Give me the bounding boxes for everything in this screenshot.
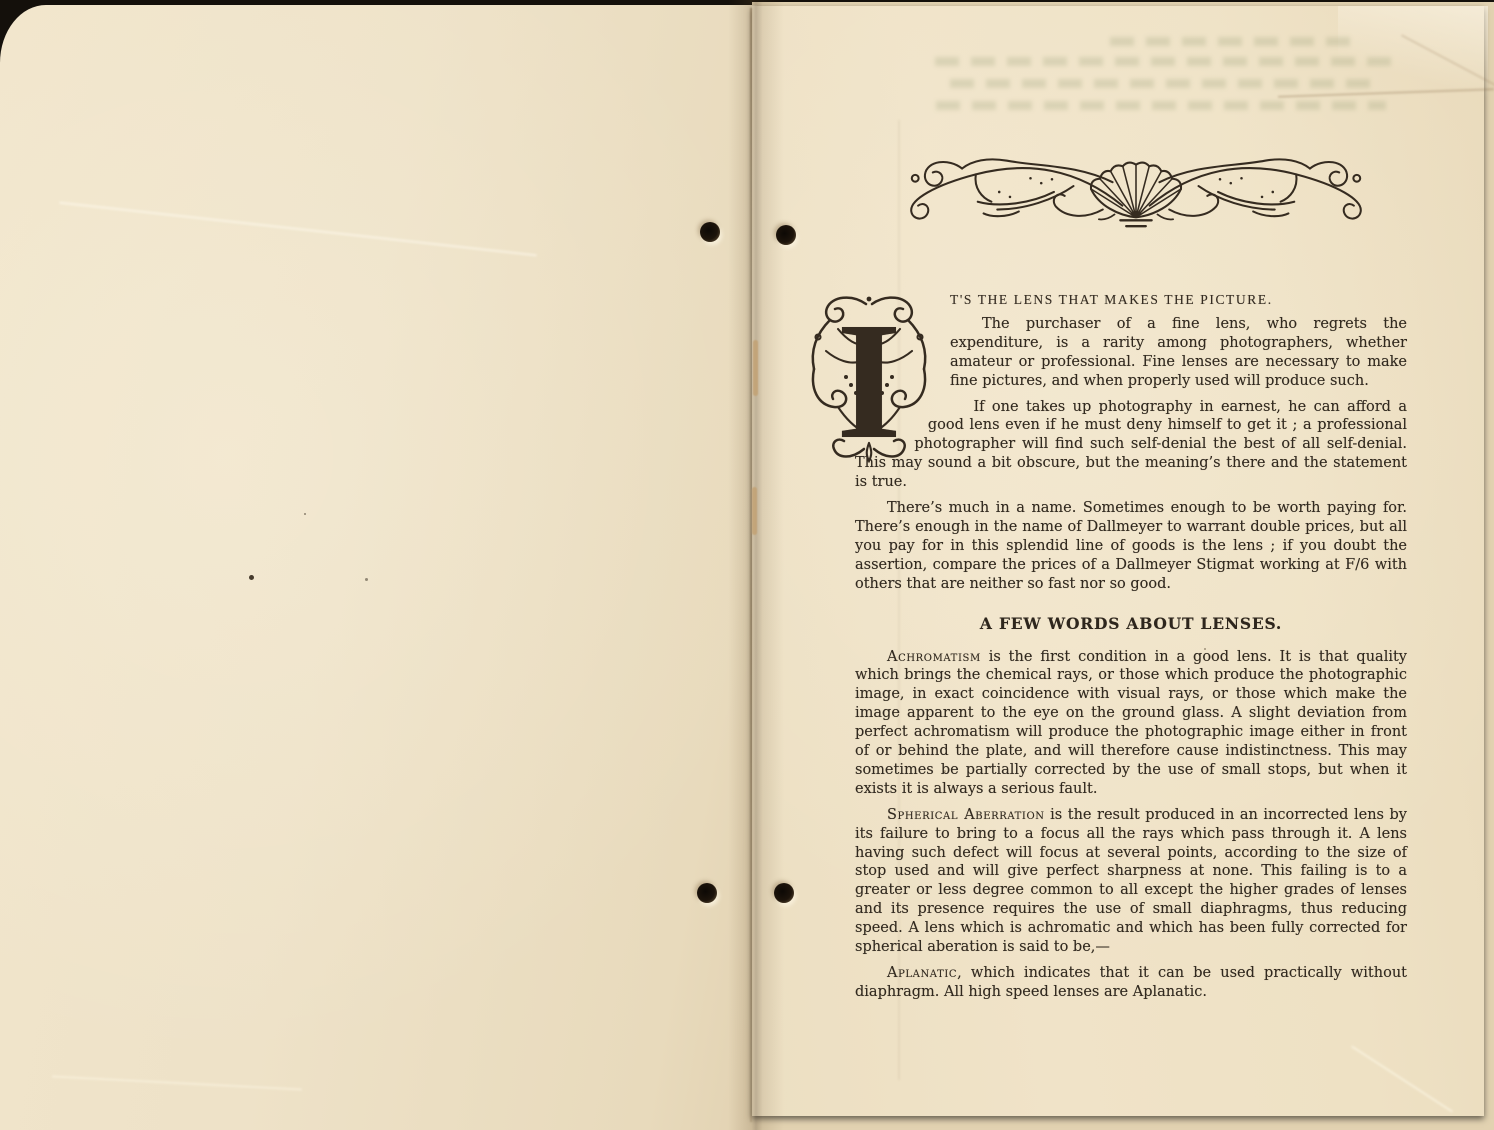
section-heading: A FEW WORDS ABOUT LENSES.: [855, 615, 1407, 634]
drop-cap-ornament: I: [793, 291, 945, 463]
paragraph: There’s much in a name. Sometimes enough…: [855, 499, 1407, 594]
punch-hole: [697, 883, 717, 903]
show-through-text: [935, 57, 1403, 66]
binding-tear: [753, 340, 758, 396]
paper-speck: [249, 575, 254, 580]
show-through-text: [936, 101, 1386, 110]
paper-speck: [365, 578, 368, 581]
book-scan: I T'S THE LENS THAT MAKES THE PICTURE. T…: [0, 0, 1494, 1130]
header-ornament: [882, 148, 1390, 236]
punch-hole: [700, 222, 720, 242]
scallop-shell-icon: [1091, 163, 1181, 227]
definition-body: is the result produced in an incorrected…: [855, 807, 1407, 955]
punch-hole: [776, 225, 796, 245]
definition-achromatism: Achromatism is the first condition in a …: [855, 648, 1407, 799]
floral-ornament: [882, 148, 1390, 232]
gutter-shadow: [728, 0, 784, 1130]
definition-spherical-aberration: Spherical Aberration is the result produ…: [855, 806, 1407, 957]
drop-cap: I: [855, 291, 950, 463]
definition-body: is the first condition in a good lens. I…: [855, 649, 1407, 797]
definition-term: Spherical Aberration: [887, 807, 1045, 823]
show-through-text: [1110, 37, 1360, 46]
article: I T'S THE LENS THAT MAKES THE PICTURE. T…: [855, 291, 1407, 1009]
definition-term: Achromatism: [887, 649, 981, 665]
definition-term: Aplanatic: [887, 965, 957, 981]
punch-hole: [774, 883, 794, 903]
definition-aplanatic: Aplanatic, which indicates that it can b…: [855, 964, 1407, 1002]
drop-cap-letter: I: [836, 291, 901, 463]
show-through-text: [950, 79, 1380, 88]
paper-speck: [304, 513, 306, 515]
gutter-fold-line: [750, 8, 752, 1122]
binding-tear: [752, 487, 757, 535]
left-page: [0, 5, 757, 1130]
